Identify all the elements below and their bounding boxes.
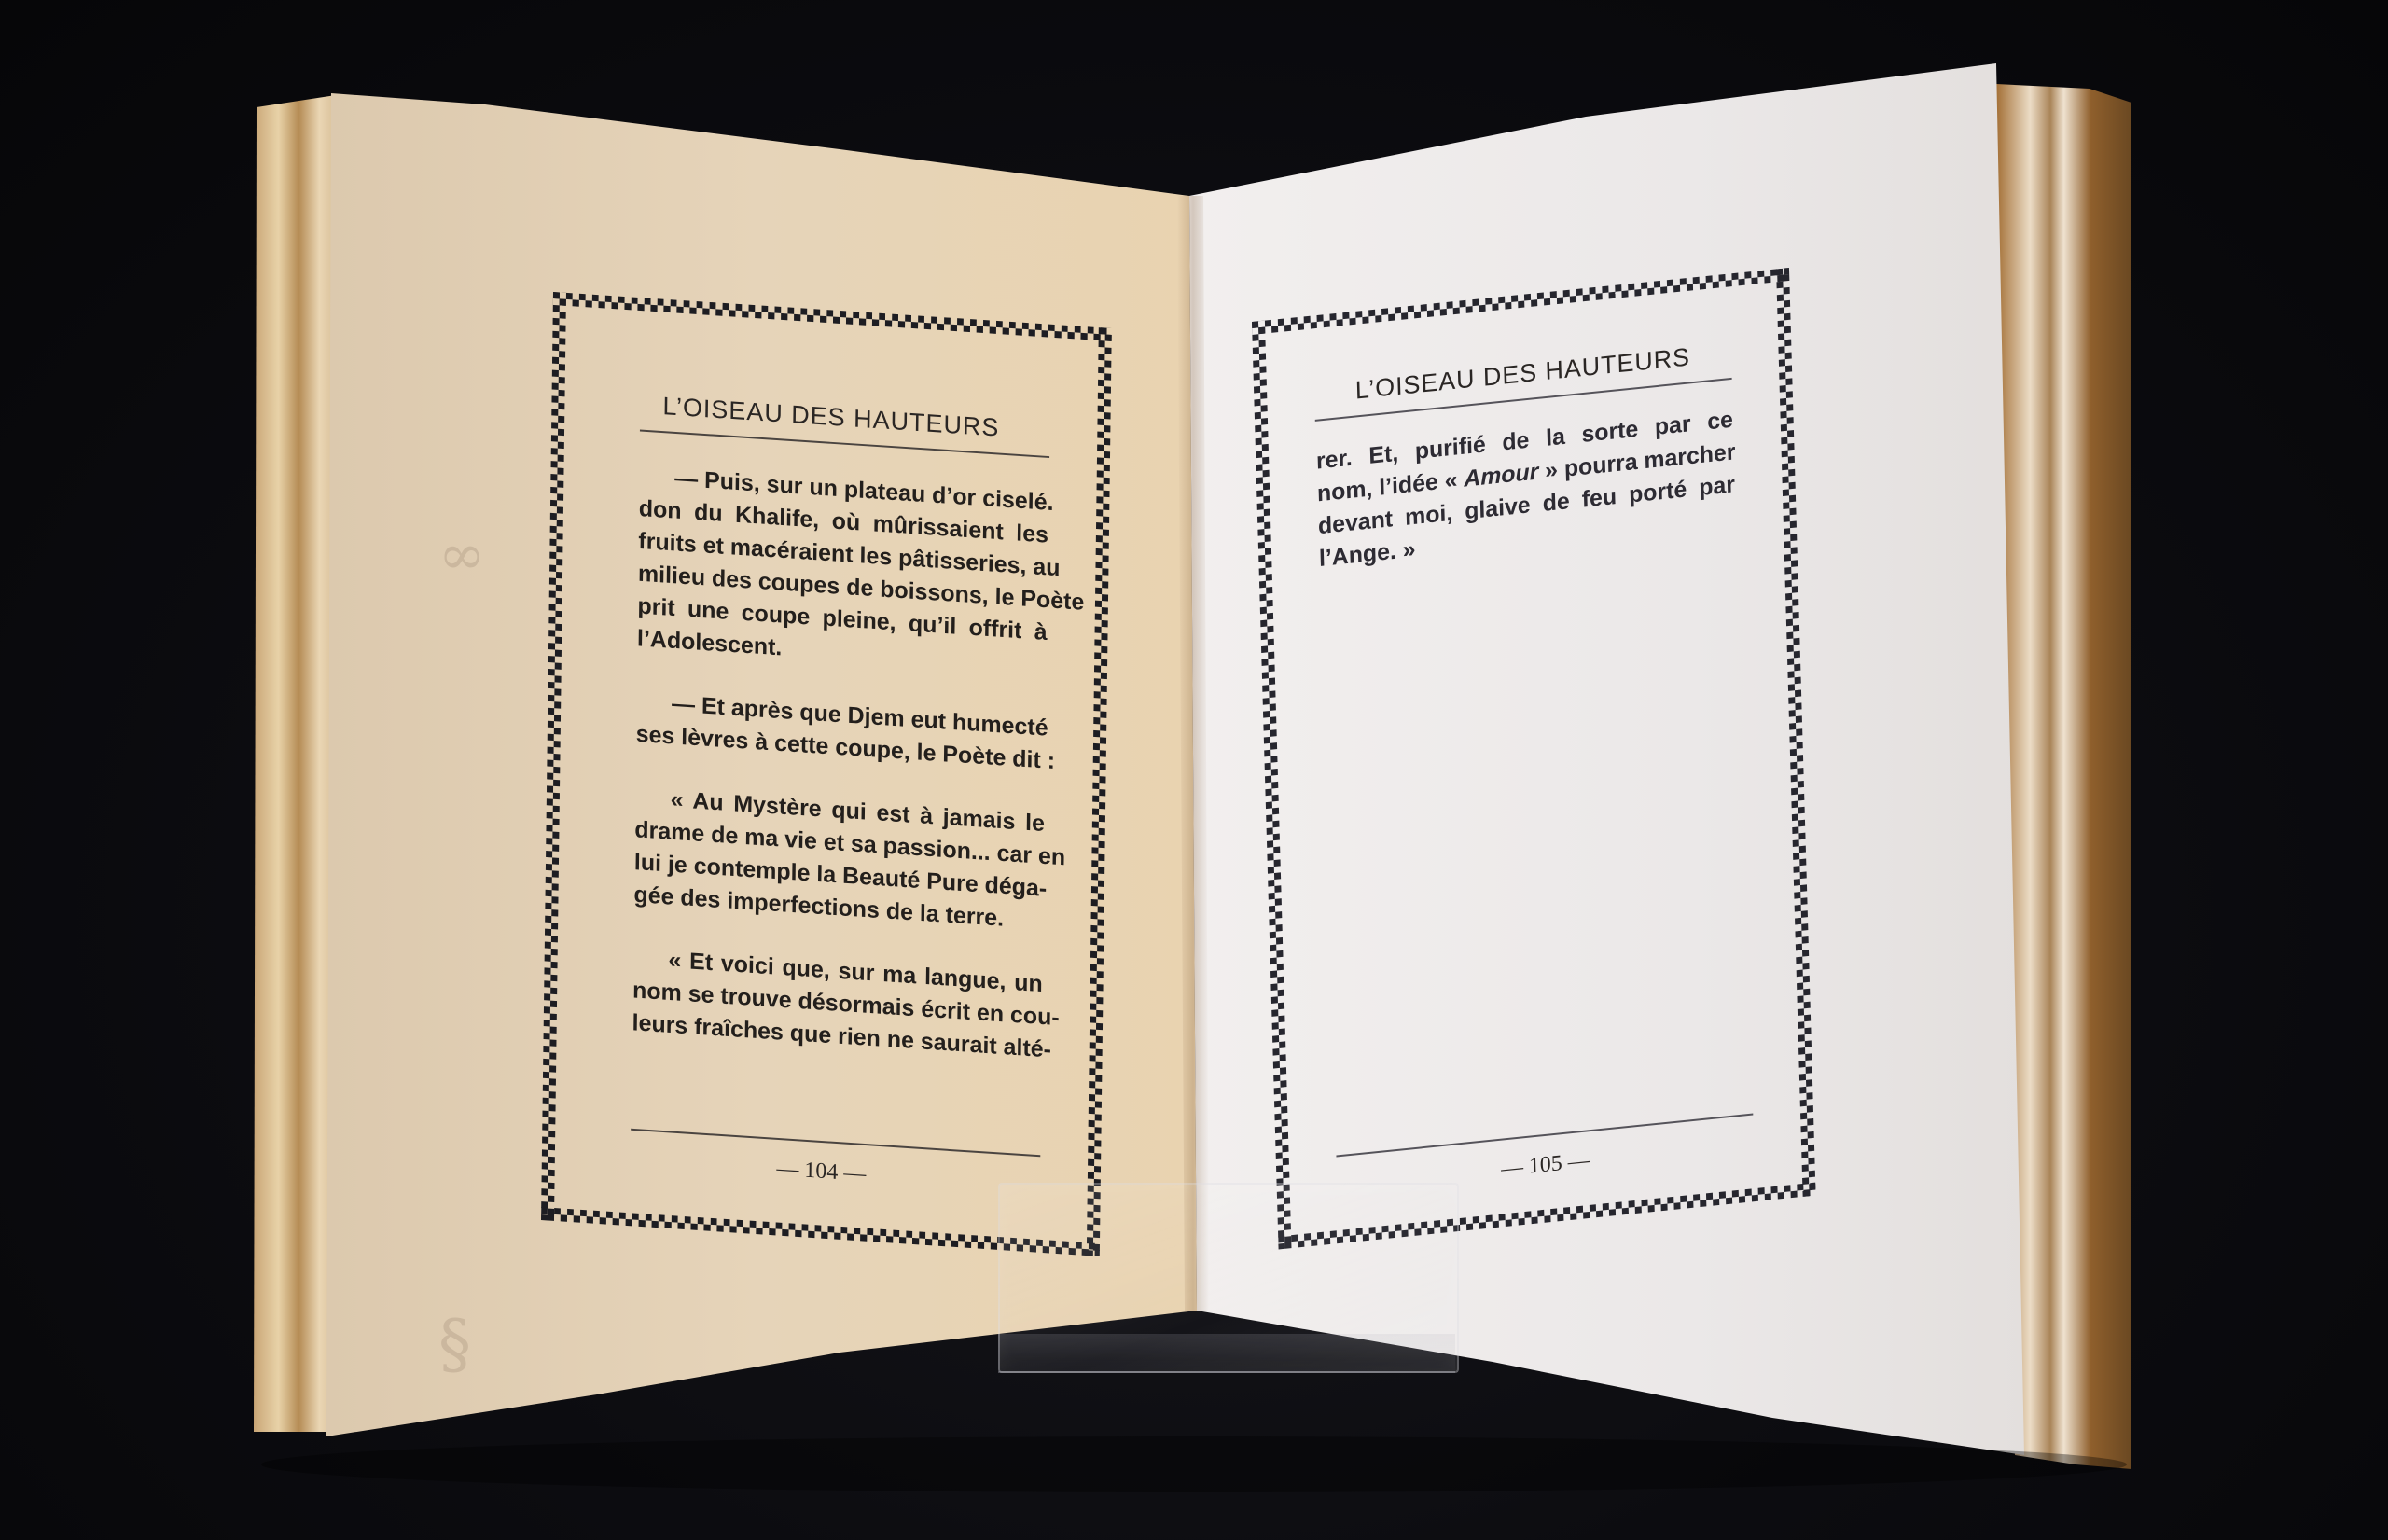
embossed-ornament-icon: § <box>438 1306 471 1382</box>
right-page-body: rer. Et, purifié de la sorte par ce nom,… <box>1316 404 1737 576</box>
book-photo-scene: ∞ § L’OISEAU DES HAUTEURS — Puis, sur un… <box>0 0 2388 1540</box>
acrylic-stand-base <box>998 1334 1455 1373</box>
right-page-frame: L’OISEAU DES HAUTEURS rer. Et, purifié d… <box>1252 268 1816 1250</box>
paragraph: — Puis, sur un plateau d’or ciselé. don … <box>637 460 1049 682</box>
left-page-frame: L’OISEAU DES HAUTEURS — Puis, sur un pla… <box>541 292 1112 1256</box>
embossed-ornament-icon: ∞ <box>438 522 485 588</box>
paragraph: « Au Mystère qui est à jamais le drame d… <box>633 782 1045 938</box>
running-head: L’OISEAU DES HAUTEURS <box>551 385 1110 451</box>
italic-word: Amour <box>1464 459 1539 493</box>
running-head: L’OISEAU DES HAUTEURS <box>1254 333 1792 416</box>
left-page-body: — Puis, sur un plateau d’or ciselé. don … <box>632 460 1048 1065</box>
